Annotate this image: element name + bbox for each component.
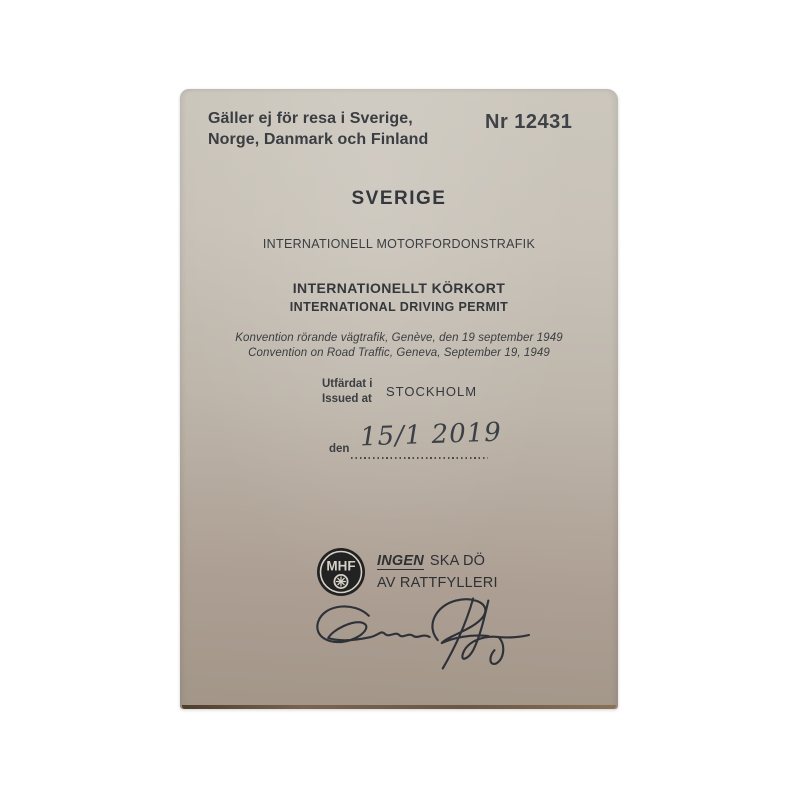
permit-title-english: INTERNATIONAL DRIVING PERMIT (180, 300, 618, 314)
travel-restriction-note: Gäller ej för resa i Sverige, Norge, Dan… (208, 108, 428, 150)
permit-title-swedish: INTERNATIONELLT KÖRKORT (180, 280, 618, 296)
slogan-line-1-rest: SKA DÖ (430, 553, 485, 569)
convention-reference-english: Convention on Road Traffic, Geneva, Sept… (180, 347, 618, 359)
driving-permit-cover: Gäller ej för resa i Sverige, Norge, Dan… (180, 89, 618, 709)
handwritten-signature (308, 595, 536, 675)
issued-at-label-swedish: Utfärdat i (322, 377, 372, 392)
handwritten-date: 15/1 2019 (360, 418, 503, 453)
issued-at-labels: Utfärdat i Issued at (322, 377, 372, 407)
slogan-line-1: INGENSKA DÖ (377, 550, 498, 572)
mhf-logo-text: MHF (326, 559, 355, 574)
mhf-slogan: INGENSKA DÖ AV RATTFYLLERI (377, 550, 498, 594)
motor-traffic-subtitle: INTERNATIONELL MOTORFORDONSTRAFIK (180, 237, 618, 251)
mhf-logo-icon: MHF (316, 546, 366, 598)
date-label: den (329, 443, 349, 455)
issued-at-label-english: Issued at (322, 392, 372, 407)
restriction-line-1: Gäller ej för resa i Sverige, (208, 108, 428, 129)
wheel-icon (334, 575, 347, 588)
date-dotted-line (351, 457, 488, 459)
permit-number: Nr 12431 (485, 111, 572, 134)
issued-place: STOCKHOLM (386, 384, 477, 399)
photo-background: { "doc": { "header": { "restriction_line… (0, 0, 800, 800)
country-title: SVERIGE (180, 188, 618, 210)
restriction-line-2: Norge, Danmark och Finland (208, 129, 428, 150)
slogan-line-2: AV RATTFYLLERI (377, 572, 498, 594)
slogan-emphasis: INGEN (377, 553, 424, 570)
convention-reference-swedish: Konvention rörande vägtrafik, Genève, de… (180, 332, 618, 344)
